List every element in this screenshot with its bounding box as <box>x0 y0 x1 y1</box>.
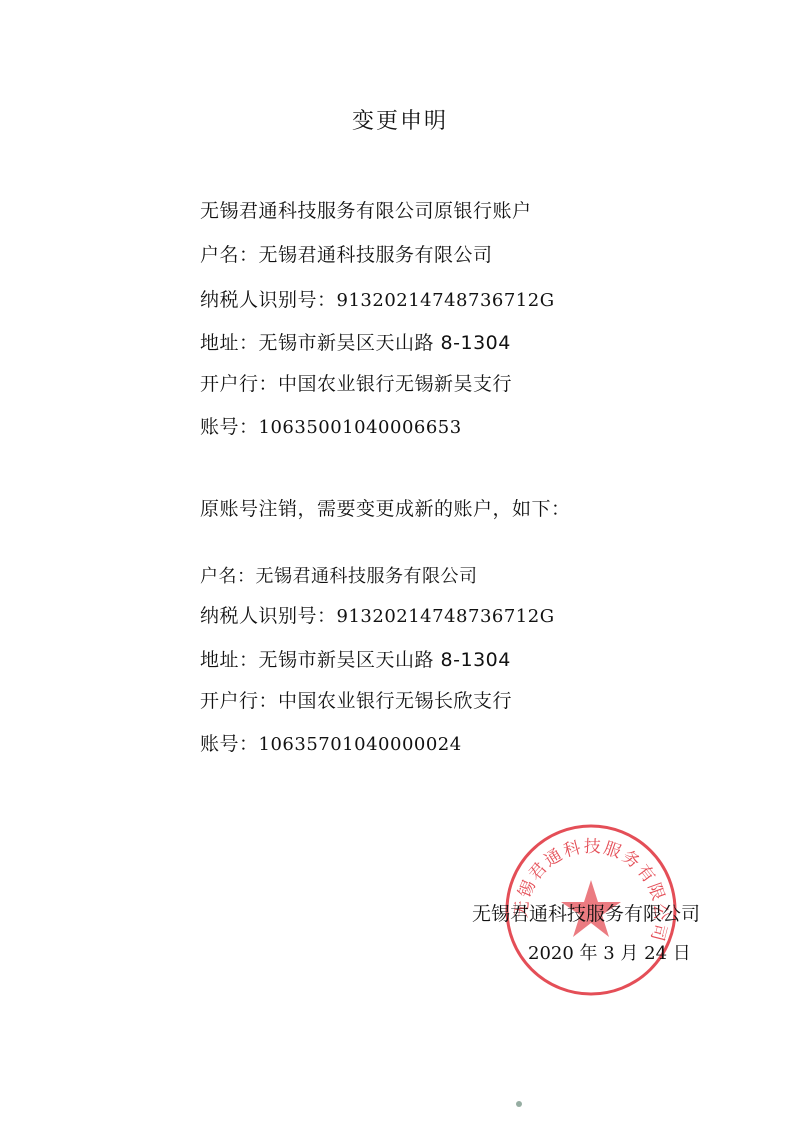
signature-date: 2020 年 3 月 24 日 <box>528 939 691 965</box>
field-label: 户名： <box>200 244 259 266</box>
field-label: 账号： <box>200 416 259 438</box>
new-address: 地址：无锡市新吴区天山路 8-1304 <box>200 645 511 672</box>
field-label: 开户行： <box>200 373 278 395</box>
signature-company: 无锡君通科技服务有限公司 <box>472 899 700 926</box>
field-value: 91320214748736712G <box>337 290 555 311</box>
field-value: 91320214748736712G <box>337 606 555 627</box>
original-address: 地址：无锡市新吴区天山路 8-1304 <box>200 328 511 355</box>
new-account-number: 账号：10635701040000024 <box>200 729 462 756</box>
field-value: 无锡君通科技服务有限公司 <box>259 244 493 266</box>
new-account-name: 户名：无锡君通科技服务有限公司 <box>200 562 478 588</box>
field-label: 地址： <box>200 332 259 354</box>
field-label: 账号： <box>200 733 259 755</box>
field-label: 纳税人识别号： <box>200 605 337 627</box>
field-label: 纳税人识别号： <box>200 289 337 311</box>
original-account-number: 账号：10635001040006653 <box>200 412 462 439</box>
change-notice: 原账号注销，需要变更成新的账户，如下： <box>200 494 571 521</box>
field-value: 无锡君通科技服务有限公司 <box>256 566 478 587</box>
new-bank: 开户行：中国农业银行无锡长欣支行 <box>200 686 512 713</box>
original-account-name: 户名：无锡君通科技服务有限公司 <box>200 240 493 267</box>
date-text: 2020 年 3 月 24 日 <box>528 943 691 964</box>
original-account-heading: 无锡君通科技服务有限公司原银行账户 <box>200 196 532 223</box>
new-tax-id: 纳税人识别号：91320214748736712G <box>200 601 555 628</box>
field-value: 中国农业银行无锡新吴支行 <box>278 373 512 395</box>
field-value: 10635001040006653 <box>259 417 462 438</box>
field-value: 无锡市新吴区天山路 8-1304 <box>259 649 511 671</box>
field-label: 开户行： <box>200 690 278 712</box>
field-value: 无锡市新吴区天山路 8-1304 <box>259 332 511 354</box>
field-value: 10635701040000024 <box>259 734 462 755</box>
page-title: 变更申明 <box>0 104 800 135</box>
scan-artifact <box>516 1101 522 1107</box>
field-value: 中国农业银行无锡长欣支行 <box>278 690 512 712</box>
field-label: 地址： <box>200 649 259 671</box>
original-tax-id: 纳税人识别号：91320214748736712G <box>200 285 555 312</box>
original-bank: 开户行：中国农业银行无锡新吴支行 <box>200 369 512 396</box>
field-label: 户名： <box>200 566 256 587</box>
